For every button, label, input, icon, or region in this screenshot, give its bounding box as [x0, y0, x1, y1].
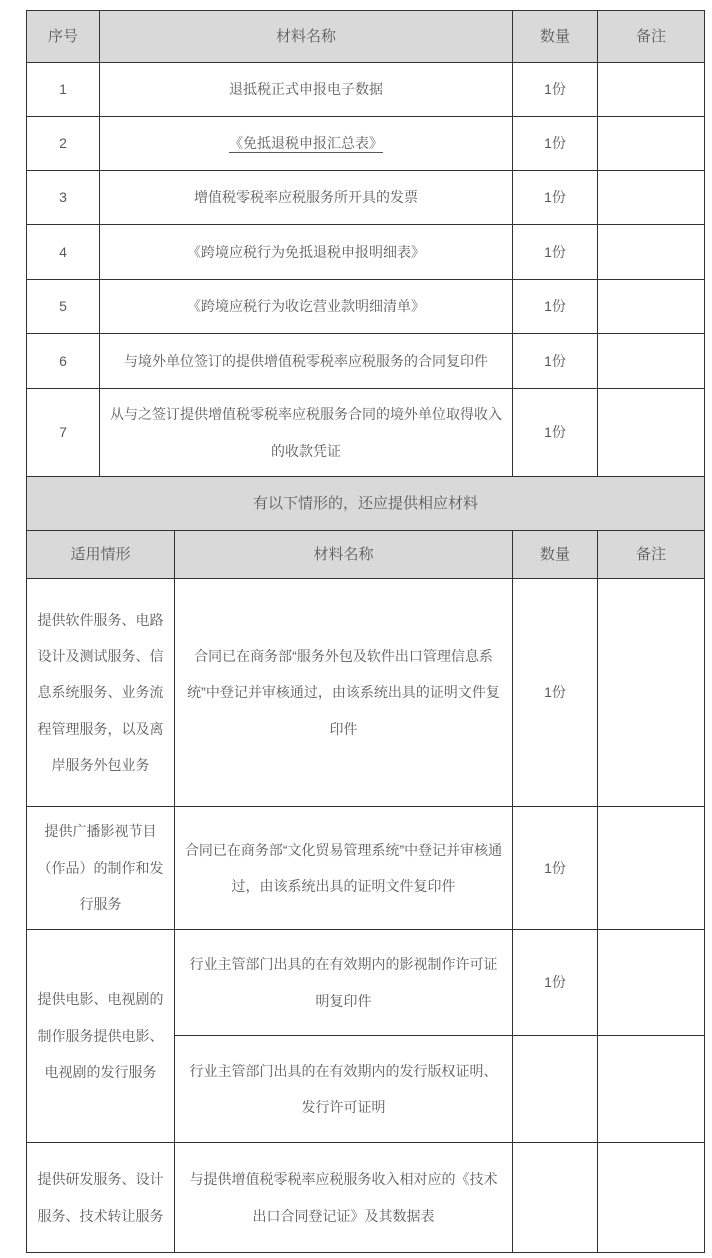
cell-material: 行业主管部门出具的在有效期内的发行版权证明、发行许可证明	[175, 1036, 513, 1143]
table-row: 提供广播影视节目（作品）的制作和发行服务 合同已在商务部“文化贸易管理系统”中登…	[27, 807, 705, 930]
cell-qty: 1份	[513, 117, 598, 171]
header-situation: 适用情形	[27, 531, 175, 579]
summary-table-link[interactable]: 《免抵退税申报汇总表》	[223, 135, 389, 151]
cell-no: 2	[27, 117, 100, 171]
cell-material: 行业主管部门出具的在有效期内的影视制作许可证明复印件	[175, 930, 513, 1036]
cell-note	[598, 389, 705, 477]
header-no: 序号	[27, 11, 100, 63]
cell-qty	[513, 1143, 598, 1253]
cell-no: 6	[27, 334, 100, 389]
cell-no: 5	[27, 280, 100, 334]
materials-table: 序号 材料名称 数量 备注 1 退抵税正式申报电子数据 1份 2 《免抵退税申报…	[26, 10, 705, 1253]
table-row: 5 《跨境应税行为收讫营业款明细清单》 1份	[27, 280, 705, 334]
cell-no: 1	[27, 63, 100, 117]
cell-note	[598, 171, 705, 225]
cell-material: 《免抵退税申报汇总表》	[100, 117, 513, 171]
header-material: 材料名称	[175, 531, 513, 579]
cell-qty: 1份	[513, 225, 598, 280]
cell-situation: 提供电影、电视剧的制作服务提供电影、电视剧的发行服务	[27, 930, 175, 1143]
cell-no: 3	[27, 171, 100, 225]
cell-qty: 1份	[513, 579, 598, 807]
table-row: 4 《跨境应税行为免抵退税申报明细表》 1份	[27, 225, 705, 280]
cell-note	[598, 334, 705, 389]
cell-situation: 提供软件服务、电路设计及测试服务、信息系统服务、业务流程管理服务，以及离岸服务外…	[27, 579, 175, 807]
cell-qty: 1份	[513, 389, 598, 477]
document-page: 序号 材料名称 数量 备注 1 退抵税正式申报电子数据 1份 2 《免抵退税申报…	[0, 0, 712, 1258]
header-material: 材料名称	[100, 11, 513, 63]
cell-note	[598, 1036, 705, 1143]
cell-material: 与提供增值税零税率应税服务收入相对应的《技术出口合同登记证》及其数据表	[175, 1143, 513, 1253]
cell-material: 合同已在商务部“服务外包及软件出口管理信息系统”中登记并审核通过，由该系统出具的…	[175, 579, 513, 807]
cell-qty: 1份	[513, 171, 598, 225]
cell-material: 从与之签订提供增值税零税率应税服务合同的境外单位取得收入的收款凭证	[100, 389, 513, 477]
table-row: 提供研发服务、设计服务、技术转让服务 与提供增值税零税率应税服务收入相对应的《技…	[27, 1143, 705, 1253]
table-row: 6 与境外单位签订的提供增值税零税率应税服务的合同复印件 1份	[27, 334, 705, 389]
cell-no: 4	[27, 225, 100, 280]
cell-situation: 提供研发服务、设计服务、技术转让服务	[27, 1143, 175, 1253]
cell-material: 与境外单位签订的提供增值税零税率应税服务的合同复印件	[100, 334, 513, 389]
cell-material: 《跨境应税行为收讫营业款明细清单》	[100, 280, 513, 334]
table2-header-row: 适用情形 材料名称 数量 备注	[27, 531, 705, 579]
cell-material: 增值税零税率应税服务所开具的发票	[100, 171, 513, 225]
cell-situation: 提供广播影视节目（作品）的制作和发行服务	[27, 807, 175, 930]
table-row: 7 从与之签订提供增值税零税率应税服务合同的境外单位取得收入的收款凭证 1份	[27, 389, 705, 477]
table-row: 2 《免抵退税申报汇总表》 1份	[27, 117, 705, 171]
cell-note	[598, 63, 705, 117]
cell-note	[598, 807, 705, 930]
cell-note	[598, 225, 705, 280]
cell-note	[598, 579, 705, 807]
cell-qty: 1份	[513, 63, 598, 117]
cell-qty: 1份	[513, 280, 598, 334]
cell-qty: 1份	[513, 807, 598, 930]
cell-material: 《跨境应税行为免抵退税申报明细表》	[100, 225, 513, 280]
header-qty: 数量	[513, 11, 598, 63]
table-row: 3 增值税零税率应税服务所开具的发票 1份	[27, 171, 705, 225]
cell-qty: 1份	[513, 930, 598, 1036]
cell-note	[598, 930, 705, 1036]
cell-note	[598, 1143, 705, 1253]
section2-banner-row: 有以下情形的，还应提供相应材料	[27, 477, 705, 531]
table-row: 1 退抵税正式申报电子数据 1份	[27, 63, 705, 117]
table-row: 提供软件服务、电路设计及测试服务、信息系统服务、业务流程管理服务，以及离岸服务外…	[27, 579, 705, 807]
cell-note	[598, 280, 705, 334]
cell-material: 合同已在商务部“文化贸易管理系统”中登记并审核通过，由该系统出具的证明文件复印件	[175, 807, 513, 930]
section2-banner: 有以下情形的，还应提供相应材料	[27, 477, 705, 531]
cell-no: 7	[27, 389, 100, 477]
header-note: 备注	[598, 531, 705, 579]
cell-qty: 1份	[513, 334, 598, 389]
header-qty: 数量	[513, 531, 598, 579]
cell-material: 退抵税正式申报电子数据	[100, 63, 513, 117]
table-row: 提供电影、电视剧的制作服务提供电影、电视剧的发行服务 行业主管部门出具的在有效期…	[27, 930, 705, 1036]
header-note: 备注	[598, 11, 705, 63]
cell-note	[598, 117, 705, 171]
table1-header-row: 序号 材料名称 数量 备注	[27, 11, 705, 63]
cell-qty	[513, 1036, 598, 1143]
